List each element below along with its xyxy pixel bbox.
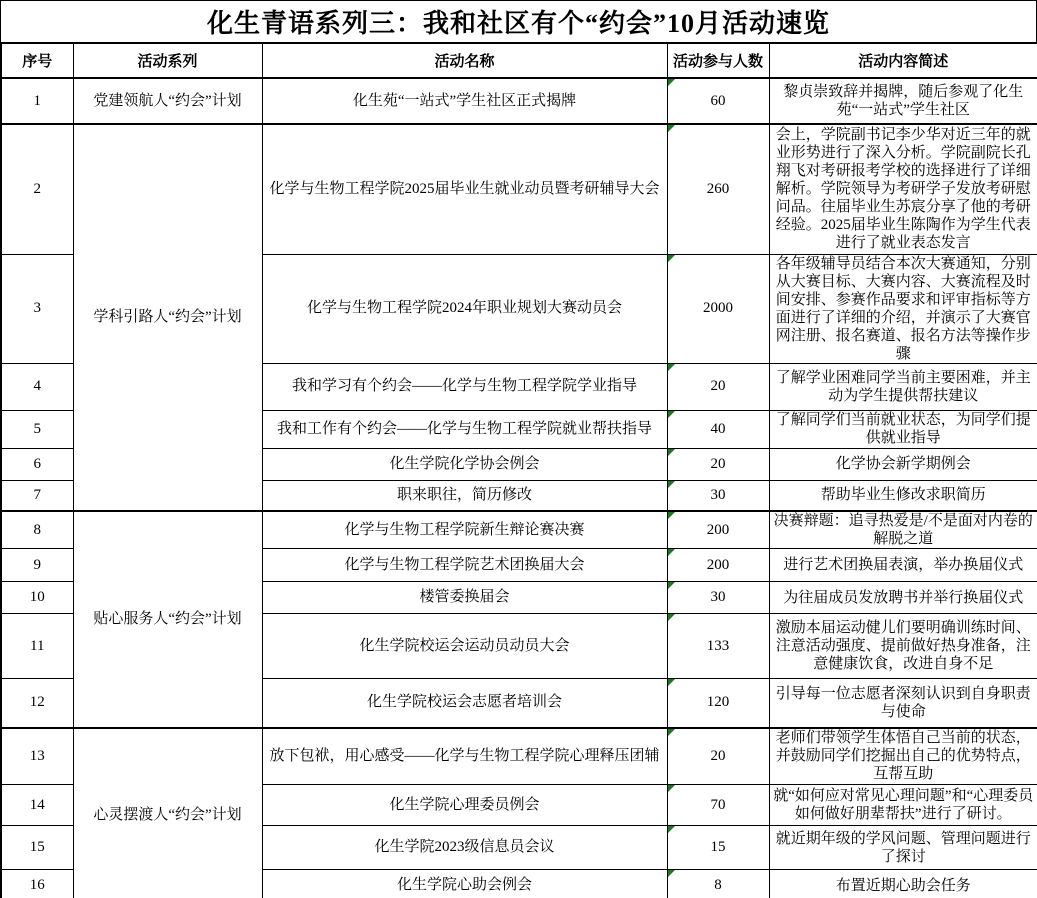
activity-name-cell: 化生学院心理委员例会: [262, 785, 667, 826]
activity-desc-cell: 各年级辅导员结合本次大赛通知，分别从大赛目标、大赛内容、大赛流程及时间安排、参赛…: [769, 254, 1037, 363]
activity-desc-cell: 化学协会新学期例会: [769, 448, 1037, 480]
participant-count-cell: 40: [667, 410, 769, 448]
participant-count: 260: [707, 181, 730, 197]
header-activity-desc: 活动内容简述: [769, 43, 1037, 78]
row-number-cell: 13: [1, 728, 73, 785]
participant-count-cell: 20: [667, 728, 769, 785]
activity-desc-cell: 帮助毕业生修改求职简历: [769, 480, 1037, 511]
table-row: 13 心灵摆渡人“约会”计划 放下包袱，用心感受——化学与生物工程学院心理释压团…: [1, 728, 1037, 785]
participant-count-cell: 8: [667, 870, 769, 898]
activity-desc-cell: 就近期年级的学风问题、管理问题进行了探讨: [769, 826, 1037, 870]
participant-count-cell: 260: [667, 124, 769, 254]
participant-count-cell: 120: [667, 679, 769, 728]
activity-name-cell: 化生学院化学协会例会: [262, 448, 667, 480]
row-number-cell: 5: [1, 410, 73, 448]
green-triangle-icon: [668, 826, 675, 833]
green-triangle-icon: [668, 449, 675, 456]
row-number-cell: 2: [1, 124, 73, 254]
green-triangle-icon: [668, 614, 675, 621]
participant-count-cell: 200: [667, 549, 769, 582]
participant-count: 133: [707, 638, 730, 654]
activity-series-cell: 党建领航人“约会”计划: [73, 78, 262, 124]
participant-count-cell: 200: [667, 511, 769, 549]
participant-count-cell: 30: [667, 480, 769, 511]
activity-name-cell: 化学与生物工程学院艺术团换届大会: [262, 549, 667, 582]
activity-desc-cell: 就“如何应对常见心理问题”和“心理委员如何做好朋辈帮扶”进行了研讨。: [769, 785, 1037, 826]
header-activity-series: 活动系列: [73, 43, 262, 78]
activity-name-cell: 化生学院校运会志愿者培训会: [262, 679, 667, 728]
green-triangle-icon: [668, 785, 675, 792]
row-number-cell: 1: [1, 78, 73, 124]
green-triangle-icon: [668, 679, 675, 686]
participant-count: 200: [707, 522, 730, 538]
activity-desc-cell: 会上，学院副书记李少华对近三年的就业形势进行了深入分析。学院副院长孔翔飞对考研报…: [769, 124, 1037, 254]
green-triangle-icon: [668, 125, 675, 132]
activity-name-cell: 化学与生物工程学院新生辩论赛决赛: [262, 511, 667, 549]
activity-name-cell: 我和工作有个约会——化学与生物工程学院就业帮扶指导: [262, 410, 667, 448]
green-triangle-icon: [668, 729, 675, 736]
activity-name-cell: 我和学习有个约会——化学与生物工程学院学业指导: [262, 363, 667, 410]
activity-name-cell: 化学与生物工程学院2025届毕业生就业动员暨考研辅导大会: [262, 124, 667, 254]
participant-count-cell: 15: [667, 826, 769, 870]
green-triangle-icon: [668, 481, 675, 488]
header-participant-count: 活动参与人数: [667, 43, 769, 78]
row-number-cell: 11: [1, 614, 73, 679]
participant-count: 20: [711, 456, 726, 472]
participant-count: 2000: [703, 300, 733, 316]
row-number-cell: 7: [1, 480, 73, 511]
participant-count-cell: 20: [667, 448, 769, 480]
activity-desc-cell: 为往届成员发放聘书并举行换届仪式: [769, 582, 1037, 614]
participant-count-cell: 70: [667, 785, 769, 826]
row-number-cell: 14: [1, 785, 73, 826]
participant-count: 15: [711, 839, 726, 855]
table-row: 2 学科引路人“约会”计划 化学与生物工程学院2025届毕业生就业动员暨考研辅导…: [1, 124, 1037, 254]
participant-count-cell: 30: [667, 582, 769, 614]
activity-name-cell: 化学与生物工程学院2024年职业规划大赛动员会: [262, 254, 667, 363]
table-row: 8 贴心服务人“约会”计划 化学与生物工程学院新生辩论赛决赛 200 决赛辩题：…: [1, 511, 1037, 549]
activity-name-cell: 化生学院校运会运动员动员大会: [262, 614, 667, 679]
activity-desc-cell: 了解同学们当前就业状态，为同学们提供就业指导: [769, 410, 1037, 448]
green-triangle-icon: [668, 870, 675, 877]
participant-count-cell: 60: [667, 78, 769, 124]
activity-series-cell: 心灵摆渡人“约会”计划: [73, 728, 262, 898]
header-activity-name: 活动名称: [262, 43, 667, 78]
header-row-number: 序号: [1, 43, 73, 78]
row-number-cell: 3: [1, 254, 73, 363]
activity-desc-cell: 进行艺术团换届表演，举办换届仪式: [769, 549, 1037, 582]
green-triangle-icon: [668, 411, 675, 418]
green-triangle-icon: [668, 582, 675, 589]
activity-desc-cell: 引导每一位志愿者深刻认识到自身职责与使命: [769, 679, 1037, 728]
participant-count-cell: 20: [667, 363, 769, 410]
participant-count-cell: 133: [667, 614, 769, 679]
row-number-cell: 6: [1, 448, 73, 480]
activity-name-cell: 化生学院心助会例会: [262, 870, 667, 898]
participant-count-cell: 2000: [667, 254, 769, 363]
green-triangle-icon: [668, 79, 675, 86]
participant-count: 60: [711, 93, 726, 109]
table-row: 1 党建领航人“约会”计划 化生苑“一站式”学生社区正式揭牌 60 黎贞崇致辞并…: [1, 78, 1037, 124]
row-number-cell: 9: [1, 549, 73, 582]
green-triangle-icon: [668, 364, 675, 371]
participant-count: 200: [707, 557, 730, 573]
activity-series-cell: 学科引路人“约会”计划: [73, 124, 262, 511]
participant-count: 30: [711, 487, 726, 503]
spreadsheet-page: 化生青语系列三：我和社区有个“约会”10月活动速览 序号 活动系列 活动名称 活…: [0, 0, 1037, 898]
page-title: 化生青语系列三：我和社区有个“约会”10月活动速览: [0, 0, 1037, 42]
activity-name-cell: 放下包袱，用心感受——化学与生物工程学院心理释压团辅: [262, 728, 667, 785]
participant-count: 40: [711, 421, 726, 437]
participant-count: 8: [714, 877, 722, 893]
activity-desc-cell: 黎贞崇致辞并揭牌，随后参观了化生苑“一站式”学生社区: [769, 78, 1037, 124]
activity-desc-cell: 老师们带领学生体悟自己当前的状态，并鼓励同学们挖掘出自己的优势特点，互帮互助: [769, 728, 1037, 785]
activity-name-cell: 楼管委换届会: [262, 582, 667, 614]
header-row: 序号 活动系列 活动名称 活动参与人数 活动内容简述: [1, 43, 1037, 78]
activity-table: 序号 活动系列 活动名称 活动参与人数 活动内容简述 1 党建领航人“约会”计划…: [0, 42, 1037, 898]
participant-count: 70: [711, 797, 726, 813]
row-number-cell: 16: [1, 870, 73, 898]
activity-desc-cell: 激励本届运动健儿们要明确训练时间、注意活动强度、提前做好热身准备，注意健康饮食，…: [769, 614, 1037, 679]
row-number-cell: 4: [1, 363, 73, 410]
participant-count: 30: [711, 589, 726, 605]
activity-name-cell: 化生苑“一站式”学生社区正式揭牌: [262, 78, 667, 124]
row-number-cell: 15: [1, 826, 73, 870]
activity-desc-cell: 布置近期心助会任务: [769, 870, 1037, 898]
participant-count: 20: [711, 748, 726, 764]
participant-count: 20: [711, 378, 726, 394]
row-number-cell: 12: [1, 679, 73, 728]
activity-desc-cell: 了解学业困难同学当前主要困难，并主动为学生提供帮扶建议: [769, 363, 1037, 410]
activity-desc-cell: 决赛辩题：追寻热爱是/不是面对内卷的解脱之道: [769, 511, 1037, 549]
green-triangle-icon: [668, 549, 675, 556]
row-number-cell: 8: [1, 511, 73, 549]
green-triangle-icon: [668, 255, 675, 262]
participant-count: 120: [707, 694, 730, 710]
activity-name-cell: 职来职往，简历修改: [262, 480, 667, 511]
activity-name-cell: 化生学院2023级信息员会议: [262, 826, 667, 870]
row-number-cell: 10: [1, 582, 73, 614]
activity-series-cell: 贴心服务人“约会”计划: [73, 511, 262, 728]
green-triangle-icon: [668, 512, 675, 519]
